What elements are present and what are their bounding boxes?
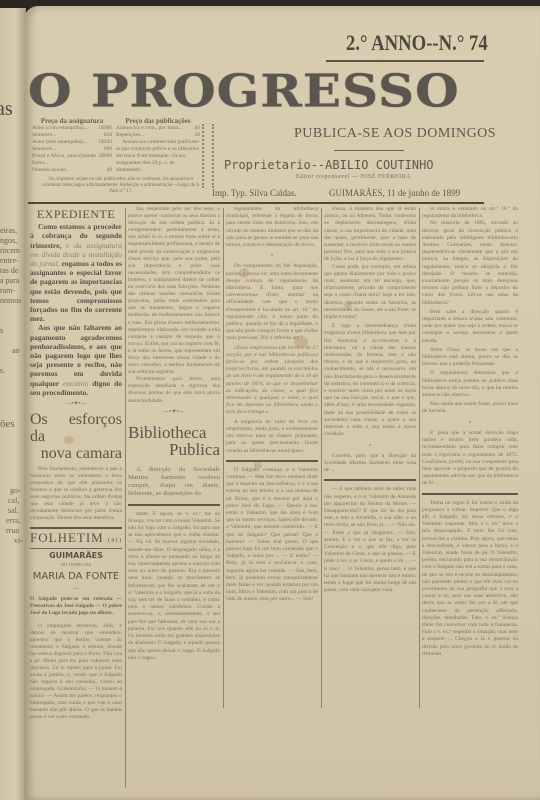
paper-stain (294, 336, 308, 348)
expediente-text: Como estamos a proceder á cobrança do se… (30, 222, 122, 397)
ornament-divider: — (30, 585, 122, 593)
column-1: EXPEDIENTE Como estamos a proceder á cob… (30, 206, 122, 796)
left-page-fragment: a para (0, 276, 19, 285)
price-label: Numero avulso... (32, 167, 70, 174)
left-page-fragment: eiras, (0, 226, 17, 235)
section-rule (128, 504, 220, 506)
bibliotheca-report: No relatorio de 1885, enviado ao directo… (422, 220, 518, 306)
story-title: MARIA DA FONTE (30, 573, 122, 581)
price-row: Repetições...20 (116, 132, 200, 139)
bibliotheca-note: Mas ainda que assim fosse, pouco mais de… (422, 401, 518, 415)
price-label: Brazil e Africa, anno (moeda forte)... (32, 153, 98, 167)
section-rule (30, 527, 122, 529)
column-rule (223, 208, 224, 708)
price-row: Numero avulso...40 (32, 167, 112, 174)
column-4: d'essa, á maneira dos que lá estão abaix… (324, 206, 416, 796)
publication-days: PUBLICA-SE AOS DOMINGOS (294, 126, 496, 142)
price-row: Annuncios e com., por linha...40 (116, 125, 200, 132)
price-label: Semestre... (32, 132, 56, 139)
camara-text: Pelo fundamento, estabelecer a paz e har… (30, 466, 122, 522)
price-label: Anno (com estampilha)... (32, 125, 88, 132)
folhetim-label: FOLHETIM (30, 530, 104, 545)
issue-number: 2.° ANNO--N.° 74 (346, 30, 488, 56)
ornament-dot: • (422, 419, 518, 427)
regulation-quote: «Estes emprestimos (de livros e da 2.ª s… (226, 345, 318, 417)
price-row: Brazil e Africa, anno (moeda forte)...2$… (32, 153, 112, 167)
bibliotheca-final: E' pena que a actual direcção traga rasõ… (422, 430, 518, 488)
camara-continued-text: ma, respeitado pelo sol dos seus, e pare… (128, 206, 220, 376)
expediente-p2-italic: encomio (63, 379, 88, 388)
column-rule (125, 208, 126, 788)
left-page-fragment: entre- (0, 256, 19, 265)
camara-heading-2: nova camara (30, 445, 122, 462)
section-rule (30, 548, 122, 549)
left-page-fragment: s. (0, 366, 5, 375)
left-page-fragment: vi- (14, 536, 23, 545)
decorative-rule (334, 150, 404, 151)
folhetim-continued: O Salgado continua, e a Valentim continu… (226, 467, 318, 604)
left-page-fragment: cal, (8, 496, 19, 505)
paper-stain (344, 301, 352, 309)
paper-stain (64, 436, 74, 444)
bibliotheca-heading-1: Bibliotheca (128, 424, 220, 441)
column-5: ta morta o estatuido no art.º 16.º do re… (422, 206, 518, 796)
price-value: 40 (195, 125, 201, 132)
bibliotheca-argument: Como pode, por exemplo, um artista que g… (324, 264, 416, 322)
story-text: O empregado encarnou, aliás, e depois de… (30, 623, 122, 721)
bibliotheca-regulation: O regulamento determina que a bibliothec… (422, 370, 518, 399)
ornament-divider: —•✦•— (128, 408, 220, 416)
price-value: 1$300 (98, 125, 112, 132)
column-rule (419, 208, 420, 708)
masthead-title: O PROGRESSO (28, 64, 460, 117)
price-label: Semestre... (32, 146, 56, 153)
left-page-fragment: sal. (8, 506, 19, 515)
price-row: Anno (com estampilha)...1$300 (32, 125, 112, 132)
paper-stain (254, 461, 262, 469)
story-subtitle: NO TEMPO DA (30, 561, 122, 569)
folhetim-number: (41) (108, 538, 122, 544)
section-rule (226, 460, 318, 462)
left-page-fragment: nomos (0, 296, 21, 305)
folhetim-continued: dante. E agora, se v. ex.ª me dá licença… (128, 511, 220, 662)
column-2: ma, respeitado pelo sol dos seus, e pare… (128, 206, 220, 796)
bibliotheca-heading-2: Publica (128, 441, 220, 458)
bibliotheca-continued: ta morta o estatuido no art.º 16.º do re… (422, 206, 518, 220)
price-value: 600 (104, 146, 112, 153)
left-page-fragment: go- (10, 486, 21, 495)
vertical-ornament (202, 124, 214, 188)
left-page-fragment: rocem (0, 246, 20, 255)
section-rule (422, 493, 518, 495)
bibliotheca-reading-room: Bem sabe a direcção quanto é importante … (422, 309, 518, 345)
left-page-fragment: erra, (6, 516, 20, 525)
left-page-fragment: tas de (0, 266, 18, 275)
price-label: Anno (sem estampilha)... (32, 139, 87, 146)
price-value: 1$200 (98, 139, 112, 146)
expediente-heading: EXPEDIENTE (30, 210, 122, 218)
bibliotheca-appeal: Convém, pois, que a direcção da Sociedad… (324, 453, 416, 475)
left-page-fragment: as (0, 98, 13, 121)
left-page-fragment: s (0, 326, 3, 335)
bibliotheca-argument-2: E logo a dessemelhança d'esta exigencia … (324, 323, 416, 438)
price-value: 2$000 (98, 153, 112, 167)
camara-continued-text-2: Promettemos para breve, uma exposição de… (128, 376, 220, 404)
column-rule (321, 208, 322, 708)
price-value: 650 (104, 132, 112, 139)
folhetim-continued: — E que tambem ando de saber, mas não re… (324, 486, 416, 594)
bibliotheca-hours: Além d'isso, as horas em que a bibliothe… (422, 347, 518, 369)
folhetim-heading: FOLHETIM (41) (30, 534, 122, 545)
ornament-dot: • (324, 442, 416, 450)
price-value: 20 (195, 132, 201, 139)
header-rule (28, 202, 484, 204)
printer-line: Imp. Typ. Silva Caldas. (212, 188, 297, 198)
camara-heading-1: Os esforços da (30, 411, 122, 445)
story-summary: O Salgado pede-se em retirada — Pensativ… (30, 596, 122, 617)
newspaper-page: 2.° ANNO--N.° 74 O PROGRESSO Preço da as… (24, 6, 540, 800)
issue-rule (326, 60, 484, 62)
editor-line: Editor responsavel — JOSÉ FERREIRA (296, 174, 411, 180)
price-value: 40 (107, 167, 113, 174)
expediente-p1-rest: rogamos a todos os assignantes o especia… (30, 259, 122, 323)
publications-note: Os originaes, sejam ou não publicados, n… (40, 177, 202, 195)
left-page-fragment: rruo (6, 526, 19, 535)
dateline: GUIMARÃES, 11 de junho de 1899 (329, 188, 460, 198)
price-row: Semestre...650 (32, 132, 112, 139)
publications-price-box: Preço das publicações Annuncios e com., … (116, 118, 200, 174)
story-place: GUIMARÃES (30, 552, 122, 560)
column-3: regulamento da bibliotheca municipal, re… (226, 206, 318, 796)
price-label: Annuncios e com., por linha... (116, 125, 182, 132)
bibliotheca-conclusion: A exigencia do valor do livro em emprest… (226, 419, 318, 455)
folhetim-continued: Tenha no reguá E foi narrar-o ainda da p… (422, 500, 518, 658)
adjacent-page-edge: as eiras, ngos, rocem entre- tas de a pa… (0, 8, 26, 800)
left-page-fragment: ngos, (0, 236, 17, 245)
ornament-divider: —•✦•— (30, 400, 122, 408)
section-rule (324, 479, 416, 481)
publications-title: Preço das publicações (116, 118, 200, 125)
bibliotheca-text: A direcção da Sociedade Martins Sarmento… (128, 466, 220, 499)
price-row: Semestre...600 (32, 146, 112, 153)
bibliotheca-continued: d'essa, á maneira dos que lá estão abaix… (324, 206, 416, 264)
paper-stain (239, 268, 249, 278)
price-row: Anno (sem estampilha)...1$200 (32, 139, 112, 146)
left-page-fragment: ões (0, 418, 15, 430)
ornament-dot: • (226, 252, 318, 260)
left-page-fragment: ram- (0, 286, 15, 295)
subscription-price-box: Preço da assignatura Anno (com estampilh… (32, 118, 112, 174)
bibliotheca-continued: regulamento da bibliotheca municipal, re… (226, 206, 318, 249)
left-page-fragment: ao (12, 346, 20, 355)
subscription-title: Preço da assignatura (32, 118, 112, 125)
proprietor-line: Proprietario--ABILIO COUTINHO (224, 158, 434, 172)
publications-text: Annuncios commerciaes publicam-se por co… (116, 139, 200, 174)
price-label: Repetições... (116, 132, 144, 139)
